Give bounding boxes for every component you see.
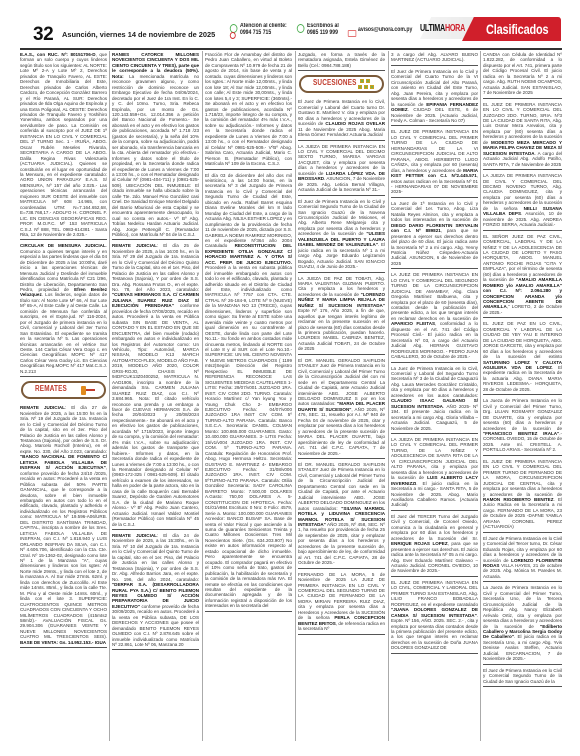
classified-notice: La Jueza de Primera Instancia en lo Civi…: [483, 584, 562, 664]
notice-body-text: EL JUEZ DE PRIMERA INSTANCIA EN LO CIVIL…: [391, 129, 478, 172]
notice-body-text: El DR. MANUEL GERALDO SAIFILDIN STANLEY …: [298, 358, 385, 407]
notice-bold-text: APARICIO FLEITAS: [391, 321, 435, 326]
section-title: Clasificados: [486, 21, 548, 37]
notice-text: REMATE JUDICIAL: El día 25 de Noviembre …: [112, 243, 199, 527]
contact-whatsapp[interactable]: Escribinos al 0985 119 999: [307, 23, 339, 37]
notice-bold-text: REMATE JUDICIAL: [112, 533, 157, 538]
page-header: 32 Asunción, viernes 14 de noviembre de …: [0, 0, 580, 50]
classified-notice: LA JUEZA DE PAZ DE TOBATI, Abg. MARIA VA…: [298, 275, 385, 355]
notice-text: La Jueza de Primera Instancia en lo Civi…: [483, 398, 562, 453]
notice-body-text: La Juez de 1ª Instancia en lo Civil y Co…: [391, 201, 478, 222]
notice-bold-text: "FRANCISCO BENITEZ IRALA": [483, 431, 559, 436]
notice-bold-text: E.A.S., con RUC. Nº: 80151706-D: [20, 52, 96, 57]
logo-part1: ULTIMA: [420, 23, 445, 34]
notice-body-text: LA JUEZA DE PRIMERA INSTANCIA EN LO CIVI…: [391, 437, 478, 480]
notice-bold-text: "JUANA DOLORES GONZALEZ DE CANDIA S/ SUC…: [391, 607, 478, 617]
notice-body-text: : El día 24 de Noviembre de 2025, a las …: [112, 533, 199, 582]
notice-body-text: El Juez del TERCER Turno del Juzgado Civ…: [391, 514, 478, 541]
section-header-sucesiones: SUCESIONES: [299, 75, 384, 93]
classified-notice: RANIES CATORCE MILLONES NOVECIENTOS CINC…: [112, 51, 199, 240]
classified-notice: LA JUEZA DE PRIMERA INSTANCIA DE CIVIL Y…: [483, 172, 562, 231]
notice-text: EL JUEZ DE PAZ EN LO CIVIL, COMERCIAL Y …: [483, 321, 562, 392]
notice-body-text: La mencionada matrícula no reconoce grav…: [112, 74, 199, 237]
notice-body-text: , que forman un solo cuerpo y cuyos lind…: [20, 52, 107, 237]
section-header-remates: REMATES: [21, 381, 106, 399]
notice-body-text: El Juez de Primera Instancia en lo Civil…: [483, 668, 562, 684]
notice-text: LA JUEZA DE PRIMERA INSTANCIA EN LO CIVI…: [298, 144, 385, 193]
contact-value: 0994 715 715: [240, 30, 287, 37]
classified-notice: El día 03 de diciembre del año dos mil v…: [205, 172, 292, 612]
classified-notice: La Juez de Primera Instancia en lo Civil…: [391, 365, 478, 434]
notice-text: El DR. MANUEL GERALDO SAIFILDIN STANLEY …: [298, 358, 385, 456]
notice-body-text: La Jueza de Primera Instancia en lo Civi…: [483, 398, 562, 430]
notice-body-text: AÑO 2025, Nº 458, SEC. Nº 1, ha resuelto…: [298, 522, 385, 565]
notice-text: El Juez de Primera Instancia en lo Civil…: [298, 199, 385, 270]
notice-text: EL JUEZ DE PRIMERA INSTANCIA EN LO CIVIL…: [391, 580, 478, 651]
contact-value: 0985 119 999: [307, 30, 339, 37]
notice-bold-text: CIRCULAR DE MENSURA JUDICIAL: [20, 243, 106, 248]
notice-body-text: EL JUEZ DE PRIMERA INSTANCIA EN LO CIVIL…: [391, 580, 478, 607]
classified-notice: LA JUEZ DE PRIMERA INSTANCIA EN LO CIVIL…: [391, 271, 478, 362]
classified-notice: La Jueza de Primera Instancia en lo Civi…: [483, 397, 562, 456]
notice-text: E.A.S., con RUC. Nº: 80151706-D, que for…: [20, 52, 107, 237]
classified-notice: EL JUEZ DE PRIMERA INSTANCIA EN LO CIVIL…: [391, 128, 478, 197]
classified-notice: LA JUEZA DE PRIMERA INSTANCIA EN LO CIVI…: [298, 143, 385, 196]
notice-bold-text: CLAUDIO ROJAS OVELAR: [325, 121, 385, 126]
notice-body-text: , para que se presenten a ejercer sus de…: [391, 541, 478, 573]
column-3: Fracción Flor de Amambay del distrito de…: [205, 51, 292, 741]
notice-body-text: Procederé a la venta en subasta pública …: [205, 265, 292, 608]
classified-notice: LA JUEZA DE PRIMERA INSTANCIA EN LO CIVI…: [391, 436, 478, 511]
page-number: 32: [33, 24, 53, 46]
notice-body-text: 3 a cargo del Abg. ALVARO BUENO MARTINEZ…: [391, 52, 478, 62]
notice-body-text: . El Juicio Radica en la Secretaría a mi…: [483, 497, 562, 529]
notice-text: 3 a cargo del Abg. ALVARO BUENO MARTINEZ…: [391, 52, 478, 63]
contact-customer-service[interactable]: Atención al cliente: 0994 715 715: [240, 23, 287, 37]
notice-body-text: conforme proveído de fecha 30/09/2025, r…: [112, 604, 199, 647]
phone-icon: [230, 32, 236, 39]
notice-body-text: . Los linderos, según datos de título so…: [20, 292, 107, 373]
classified-notice: El DR. MANUEL GERALDO SAIFILDIN STANLEY …: [298, 357, 385, 459]
notice-text: LA JUEZ DE PRIMERA INSTANCIA EN LO CIVIL…: [391, 272, 478, 359]
classified-notice: El Juez del TERCER Turno del Juzgado Civ…: [391, 513, 478, 577]
calendar-icon: [358, 79, 374, 91]
notice-body-text: conforme proveídos de fecha 07/08/2025, …: [112, 303, 199, 526]
notice-text: FERNANDO DE LA MORA, 5 de Noviembre de 2…: [298, 572, 385, 632]
notice-body-text: : El día 25 de Noviembre de 2025, a las …: [112, 243, 199, 292]
notice-text: El Juez del TERCER Turno del Juzgado Civ…: [391, 514, 478, 574]
classified-notice: EL JUEZ DE PRIMERA INSTANCIA EN LO CIVIL…: [391, 579, 478, 654]
notice-body-text: , conforme proveído de fecha 24/10 /2025…: [20, 465, 107, 639]
notice-body-text: 11 de Noviembre de 2025 Abog. Maria Elen…: [298, 127, 385, 137]
classified-notice: El DR. MANUEL GERALDO SAIFILDIN STANLEY …: [298, 461, 385, 569]
notice-text: RANIES CATORCE MILLONES NOVECIENTOS CINC…: [112, 52, 199, 237]
classified-notice: REMATE JUDICIAL: El día 24 de Noviembre …: [112, 532, 199, 651]
notice-bold-text: ENRIQUE ROJAS LOPEZ: [391, 541, 448, 546]
column-2: RANIES CATORCE MILLONES NOVECIENTOS CINC…: [112, 51, 199, 741]
notice-text: La Juez de Primera Instancia en lo Civil…: [391, 366, 478, 431]
notice-bold-text: BASE DE VENTA: Gs. 14.952.153.- IGUA: [20, 640, 106, 645]
classified-notice: El Juez de Primera Instancia en lo Civil…: [391, 68, 478, 127]
column-4: Juzgado, en forma a través de la rematad…: [298, 51, 385, 741]
notice-body-text: El día 03 de diciembre del año dos mil v…: [205, 173, 292, 249]
notice-body-text: , AÑO 2025, Nº 476, SEC. 11, resuelto po…: [298, 407, 385, 456]
notice-body-text: . Comunico a quienes tengan interés y en…: [20, 243, 107, 292]
classified-notice: El Juez de Primera Instancia en lo Civil…: [298, 98, 385, 140]
notice-text: El DR. MANUEL GERALDO SAIFILDIN STANLEY …: [298, 462, 385, 566]
classified-notice: El Juez de Primera Instancia en lo Civil…: [483, 535, 562, 583]
column-divider: [295, 51, 296, 741]
column-divider: [388, 51, 389, 741]
notice-text: El Juez de Primera Instancia en lo Civil…: [298, 99, 385, 137]
notice-bold-text: REMATE JUDICIAL: [112, 243, 157, 248]
notice-text: EL JUEZ DE PRIMERA INSTANCIA EN LO CIVIL…: [391, 129, 478, 194]
logo-part2: HORA: [445, 23, 465, 34]
contact-label: Escribinos al: [307, 23, 339, 30]
notice-body-text: La Juez de Primera Instancia en lo Civil…: [391, 366, 478, 398]
publication-date: Asunción, viernes 14 de noviembre de 202…: [62, 30, 215, 39]
notice-body-text: EL SEÑOR JUEZ DE PAZ CIVIL, COMERCIAL, L…: [483, 234, 562, 283]
header-divider: [20, 48, 562, 50]
notice-bold-text: "BANCO NACIONAL DE FOMENTO C/ LETICIA FA…: [20, 454, 107, 470]
column-6: CANDIA con Cédula de Identidad Nº 1.822.…: [483, 51, 562, 741]
whatsapp-icon: [297, 24, 305, 33]
notice-text: CANDIA con Cédula de Identidad Nº 1.822.…: [483, 52, 562, 96]
gavel-icon: [81, 386, 95, 396]
section-label: SUCESIONES: [313, 80, 357, 85]
notice-text: EL SEÑOR JUEZ DE PAZ CIVIL, COMERCIAL, L…: [483, 234, 562, 316]
column-divider: [202, 51, 203, 741]
notice-body-text: EL JUEZ DE PAZ EN LO CIVIL, COMERCIAL Y …: [483, 321, 562, 359]
section-label: REMATES: [35, 386, 67, 391]
notice-text: REMATE JUDICIAL: El día 27 de Noviembre …: [20, 405, 107, 645]
notice-bold-text: SATURNINO LOPEZ Y CALIXTA AGUILERA VDA D…: [483, 360, 562, 370]
classified-notice: EL SEÑOR JUEZ DE PAZ CIVIL, COMERCIAL, L…: [483, 233, 562, 319]
notice-body-text: : El día 27 de Noviembre de 2025, a las …: [20, 405, 107, 454]
notice-body-text: EL JUEZ DE PRIMERA INSTANCIA EN LO CIVIL…: [483, 459, 562, 497]
notice-body-text: , para que se presenten a ejercer sus de…: [391, 228, 478, 266]
notice-body-text: . Expte. Nº 156, AÑO. 2025. SEC. 2.- , c…: [391, 613, 478, 651]
classified-notice: Juzgado, en forma a través de la rematad…: [298, 51, 385, 71]
notice-body-text: LA JUEZ DE PRIMERA INSTANCIA EN LO CIVIL…: [391, 272, 478, 321]
notice-text: El Juez de Primera Instancia en lo Civil…: [391, 69, 478, 124]
classified-notice: EL JUEZ DE PAZ EN LO CIVIL, COMERCIAL Y …: [483, 320, 562, 395]
notice-text: LA JUEZA DE PAZ DE TOBATI, Abg. MARIA VA…: [298, 276, 385, 352]
column-divider: [480, 51, 481, 741]
contact-email[interactable]: avisos@uhora.com.py: [358, 27, 412, 34]
classified-notice: Fracción Flor de Amambay del distrito de…: [205, 51, 292, 170]
notice-text: EL JUEZ DE PRIMERA INSTANCIA EN LO CIVIL…: [483, 102, 562, 167]
classified-notice: La Juez de 1ª Instancia en lo Civil y Co…: [391, 200, 478, 269]
classifieds-columns: E.A.S., con RUC. Nº: 80151706-D, que for…: [20, 51, 562, 741]
classified-notice: EL JUEZ DE PRIMERA INSTANCIA EN LO CIVIL…: [483, 458, 562, 533]
notice-body-text: Juzgado, en forma a través de la rematad…: [298, 52, 385, 68]
notice-body-text: Expte Nº 176, Año 2025, a fin de que, aq…: [298, 308, 385, 351]
notice-text: EL JUEZ DE PRIMERA INSTANCIA EN LO CIVIL…: [483, 459, 562, 530]
column-1: E.A.S., con RUC. Nº: 80151706-D, que for…: [20, 51, 107, 741]
classified-notice: FERNANDO DE LA MORA, 5 de Noviembre de 2…: [298, 571, 385, 635]
notice-bold-text: RAMON RIGOBERTO BENITEZ: [483, 497, 553, 502]
notice-bold-text: REMATE JUDICIAL: [20, 405, 65, 410]
notice-text: Fracción Flor de Amambay del distrito de…: [205, 52, 292, 167]
classified-notice: El Juez de Primera Instancia en lo Civil…: [298, 198, 385, 273]
classified-notice: El Juez de Primera Instancia en lo Civil…: [483, 667, 562, 687]
notice-body-text: Fracción Flor de Amambay del distrito de…: [205, 52, 292, 166]
column-5: 3 a cargo del Abg. ALVARO BUENO MARTINEZ…: [391, 51, 478, 741]
classified-notice: REMATE JUDICIAL: El día 27 de Noviembre …: [20, 404, 107, 648]
notice-text: Juzgado, en forma a través de la rematad…: [298, 52, 385, 68]
notice-body-text: La Jueza de Primera Instancia en lo Civi…: [483, 585, 562, 628]
notice-text: El Juez de Primera Instancia en lo Civil…: [483, 668, 562, 684]
column-divider: [109, 51, 110, 741]
contact-label: Atención al cliente:: [240, 23, 287, 30]
classified-notice: REMATE JUDICIAL: El día 25 de Noviembre …: [112, 242, 199, 530]
notice-body-text: El DR. MANUEL GERALDO SAIFILDIN STANLEY …: [298, 462, 385, 511]
notice-body-text: CANDIA con Cédula de Identidad Nº 1.822.…: [483, 52, 562, 95]
classified-notice: CANDIA con Cédula de Identidad Nº 1.822.…: [483, 51, 562, 99]
classified-notice: EL JUEZ DE PRIMERA INSTANCIA EN LO CIVIL…: [483, 101, 562, 170]
notice-text: LA JUEZA DE PRIMERA INSTANCIA EN LO CIVI…: [391, 437, 478, 508]
classified-notice: 3 a cargo del Abg. ALVARO BUENO MARTINEZ…: [391, 51, 478, 66]
contact-value: avisos@uhora.com.py: [358, 27, 412, 34]
notice-text: El día 03 de diciembre del año dos mil v…: [205, 173, 292, 609]
mail-icon: [348, 30, 357, 37]
classified-notice: E.A.S., con RUC. Nº: 80151706-D, que for…: [20, 51, 107, 240]
notice-text: CIRCULAR DE MENSURA JUDICIAL. Comunico a…: [20, 243, 107, 374]
notice-text: La Jueza de Primera Instancia en lo Civi…: [483, 585, 562, 661]
notice-text: LA JUEZA DE PRIMERA INSTANCIA DE CIVIL Y…: [483, 173, 562, 228]
notice-text: La Juez de 1ª Instancia en lo Civil y Co…: [391, 201, 478, 266]
ultimahora-logo: ULTIMAHORA: [420, 23, 465, 34]
classified-notice: CIRCULAR DE MENSURA JUDICIAL. Comunico a…: [20, 242, 107, 377]
notice-body-text: , conformidad a lo dispuesto en el Art. …: [391, 321, 478, 359]
notice-text: El Juez de Primera Instancia en lo Civil…: [483, 536, 562, 580]
notice-text: REMATE JUDICIAL: El día 24 de Noviembre …: [112, 533, 199, 648]
notice-body-text: EL JUEZ DE PRIMERA INSTANCIA EN LO CIVIL…: [483, 102, 562, 145]
notice-body-text: FERNANDO DE LA MORA, 5 de Noviembre de 2…: [298, 572, 385, 621]
